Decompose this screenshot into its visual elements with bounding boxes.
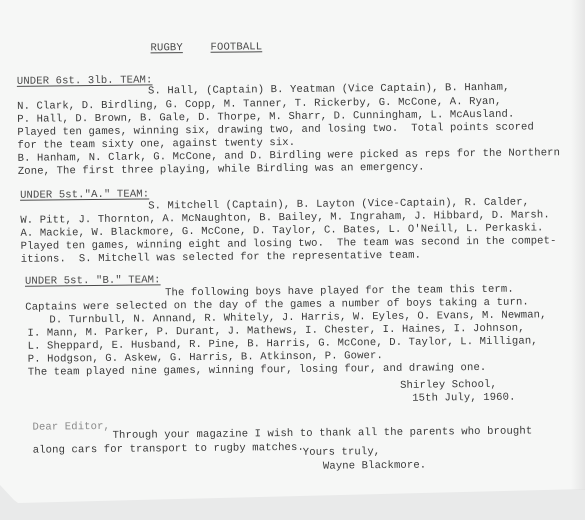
title-football: FOOTBALL (210, 41, 262, 55)
letter-signature: Wayne Blackmore. (323, 460, 426, 474)
title-rugby: RUGBY (150, 42, 182, 55)
letter-body-line: Through your magazine I wish to thank al… (113, 425, 533, 442)
school-name: Shirley School, (400, 379, 497, 393)
letter-salutation: Dear Editor, (32, 421, 110, 435)
letter-body-line: along cars for transport to rugby matche… (33, 442, 304, 458)
typewritten-document: RUGBY FOOTBALL UNDER 6st. 3lb. TEAM: S. … (0, 0, 585, 520)
section-heading-under-5st-b: UNDER 5st. "B." TEAM: (25, 274, 161, 288)
date: 15th July, 1960. (412, 392, 515, 406)
section-line: itions. S. Mitchell was selected for the… (21, 250, 421, 267)
section-heading-under-6st-3lb: UNDER 6st. 3lb. TEAM: (17, 74, 153, 88)
letter-closing: Yours truly, (303, 446, 381, 460)
section-heading-under-5st-a: UNDER 5st."A." TEAM: (20, 188, 149, 202)
